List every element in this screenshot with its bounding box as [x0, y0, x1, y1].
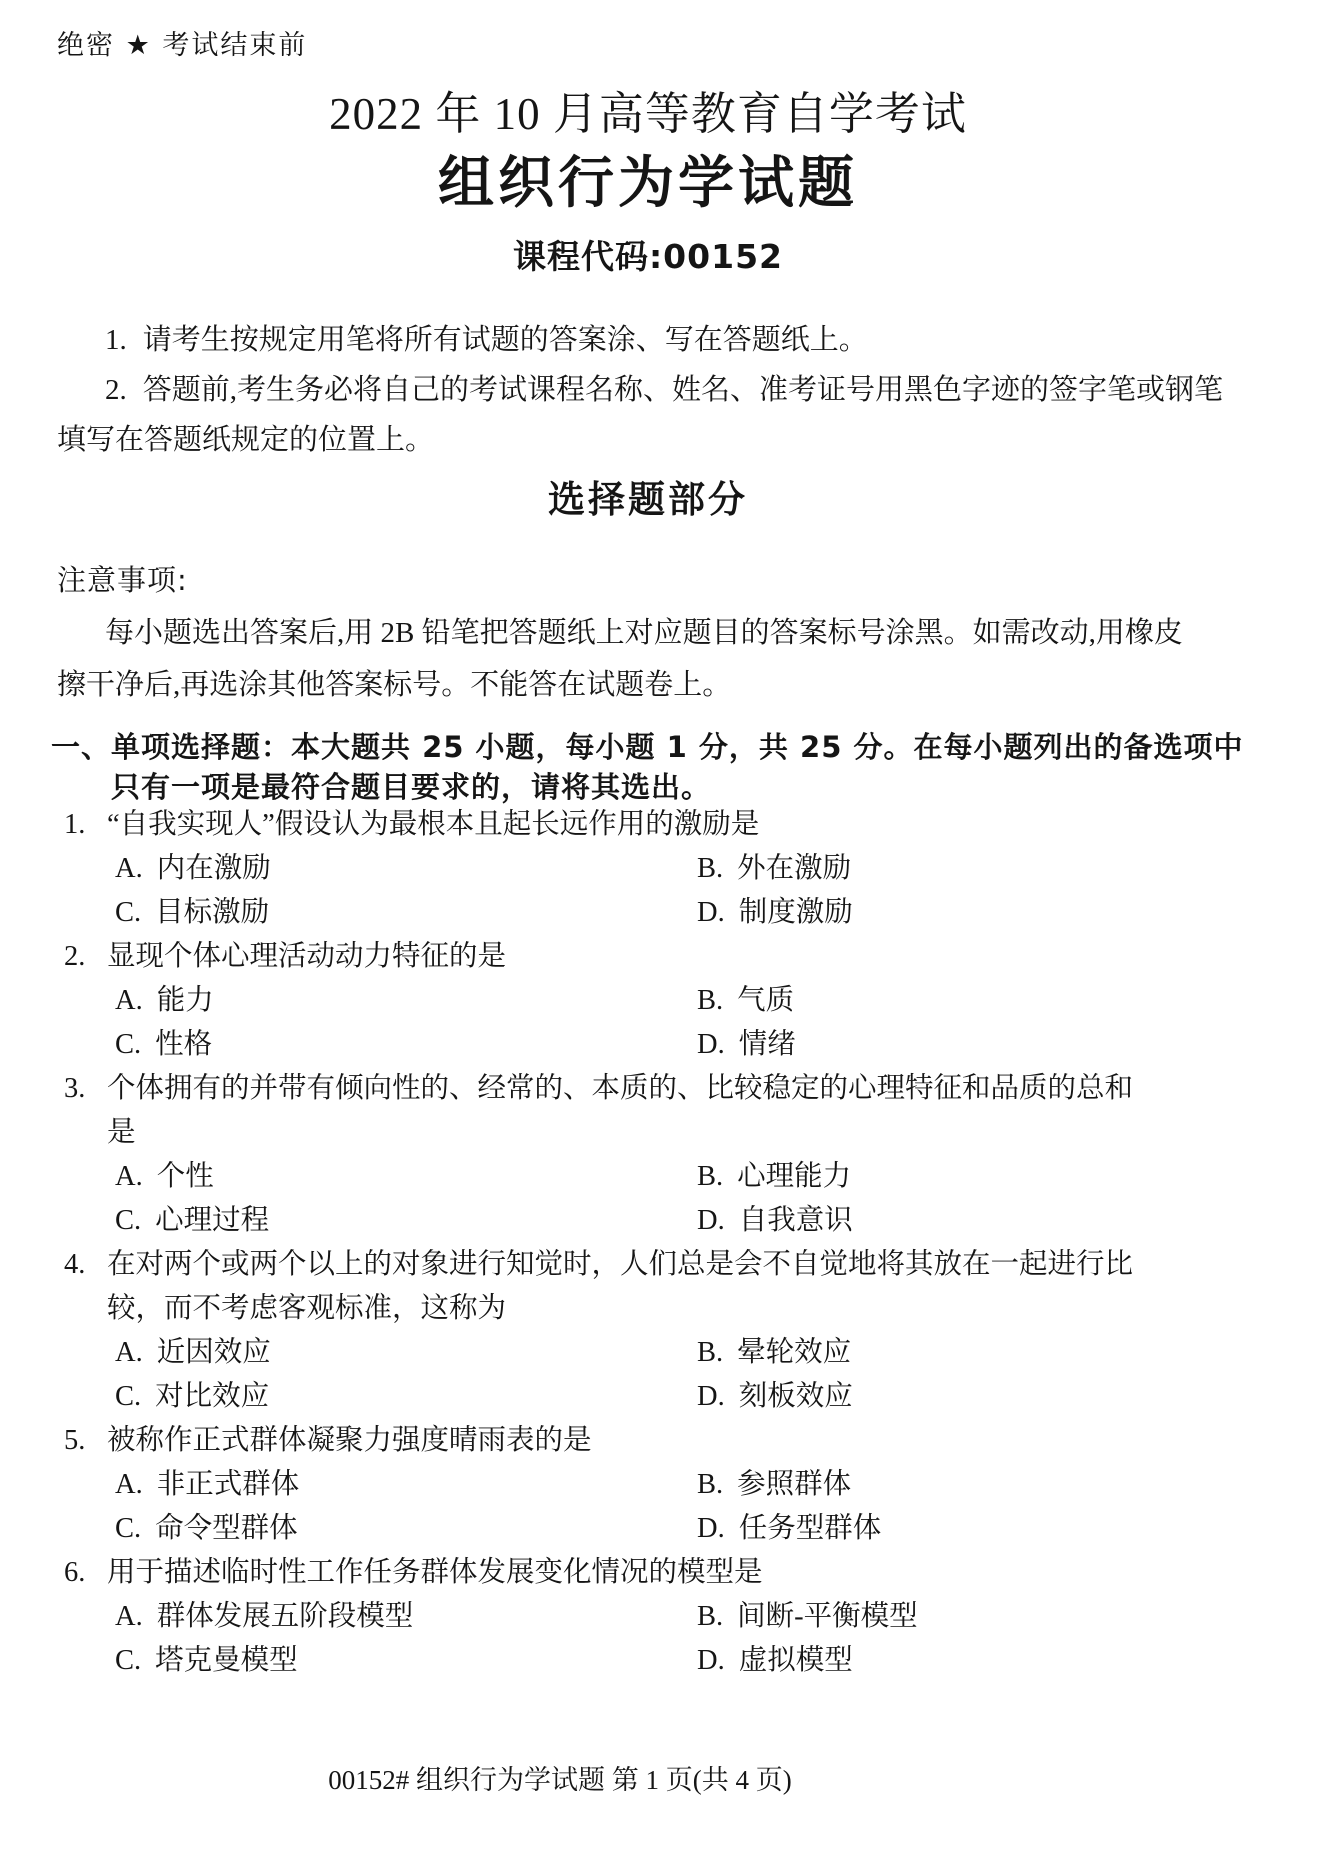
option-label: C. [115, 1205, 141, 1236]
notice-line: 每小题选出答案后,用 2B 铅笔把答题纸上对应题目的答案标号涂黑。如需改动,用橡… [57, 607, 1285, 659]
question-item-5: 5. 被称作正式群体凝聚力强度晴雨表的是 A.非正式群体 B.参照群体 C.命令… [57, 1419, 1285, 1551]
option-text: 参照群体 [737, 1469, 851, 1500]
question-item-3: 3. 个体拥有的并带有倾向性的、经常的、本质的、比较稳定的心理特征和品质的总和 … [57, 1067, 1285, 1243]
option-text: 晕轮效应 [737, 1337, 851, 1368]
option-label: C. [115, 1381, 141, 1412]
option-label: A. [115, 1469, 143, 1500]
option-b: B.间断-平衡模型 [697, 1595, 918, 1639]
option-label: D. [697, 1205, 725, 1236]
security-label: 绝密 ★ 考试结束前 [57, 30, 1285, 62]
option-c: C.心理过程 [115, 1199, 697, 1243]
title-block: 2022 年 10 月高等教育自学考试 组织行为学试题 课程代码:00152 [57, 86, 1239, 280]
question-text: 被称作正式群体凝聚力强度晴雨表的是 [107, 1419, 1285, 1463]
question-stem: 2. 显现个体心理活动动力特征的是 [57, 935, 1285, 979]
option-d: D.制度激励 [697, 891, 853, 935]
option-text: 心理能力 [737, 1161, 851, 1192]
question-text-continuation: 是 [57, 1111, 1285, 1155]
instruction-text-continuation: 填写在答题纸规定的位置上。 [57, 415, 1285, 465]
question-text: 显现个体心理活动动力特征的是 [107, 935, 1285, 979]
question-text: “自我实现人”假设认为最根本且起长远作用的激励是 [107, 803, 1285, 847]
option-a: A.近因效应 [115, 1331, 697, 1375]
option-row: A.内在激励 B.外在激励 [57, 847, 1285, 891]
question-list: 1. “自我实现人”假设认为最根本且起长远作用的激励是 A.内在激励 B.外在激… [57, 803, 1285, 1683]
option-label: D. [697, 1513, 725, 1544]
question-text: 个体拥有的并带有倾向性的、经常的、本质的、比较稳定的心理特征和品质的总和 [107, 1067, 1285, 1111]
question-number: 1. [64, 803, 107, 847]
option-label: A. [115, 853, 143, 884]
option-text: 内在激励 [157, 853, 271, 884]
option-label: B. [697, 1601, 723, 1632]
option-text: 情绪 [739, 1029, 796, 1060]
question-item-1: 1. “自我实现人”假设认为最根本且起长远作用的激励是 A.内在激励 B.外在激… [57, 803, 1285, 935]
course-code: 课程代码:00152 [57, 234, 1239, 280]
option-text: 自我意识 [739, 1205, 853, 1236]
notice-label: 注意事项: [57, 558, 1285, 602]
option-text: 对比效应 [155, 1381, 269, 1412]
option-b: B.气质 [697, 979, 794, 1023]
part1-heading-line: 一、单项选择题：本大题共 25 小题，每小题 1 分，共 25 分。在每小题列出… [51, 727, 1285, 767]
question-number: 5. [64, 1419, 107, 1463]
part1-heading-line: 只有一项是最符合题目要求的，请将其选出。 [57, 767, 1285, 807]
option-label: A. [115, 1601, 143, 1632]
option-text: 任务型群体 [739, 1513, 882, 1544]
option-c: C.塔克曼模型 [115, 1639, 697, 1683]
option-b: B.心理能力 [697, 1155, 851, 1199]
question-item-2: 2. 显现个体心理活动动力特征的是 A.能力 B.气质 C.性格 D.情绪 [57, 935, 1285, 1067]
option-b: B.参照群体 [697, 1463, 851, 1507]
option-text: 外在激励 [737, 853, 851, 884]
option-label: C. [115, 897, 141, 928]
option-row: C.塔克曼模型 D.虚拟模型 [57, 1639, 1285, 1683]
instruction-text: 请考生按规定用笔将所有试题的答案涂、写在答题纸上。 [143, 315, 868, 365]
option-b: B.外在激励 [697, 847, 851, 891]
option-row: C.性格 D.情绪 [57, 1023, 1285, 1067]
notice-line: 擦干净后,再选涂其他答案标号。不能答在试题卷上。 [57, 659, 1285, 711]
option-row: C.心理过程 D.自我意识 [57, 1199, 1285, 1243]
option-row: A.非正式群体 B.参照群体 [57, 1463, 1285, 1507]
notice-text: 每小题选出答案后,用 2B 铅笔把答题纸上对应题目的答案标号涂黑。如需改动,用橡… [57, 607, 1285, 711]
option-row: A.个性 B.心理能力 [57, 1155, 1285, 1199]
page-footer: 00152# 组织行为学试题 第 1 页(共 4 页) [0, 1762, 1120, 1798]
option-text: 近因效应 [157, 1337, 271, 1368]
option-text: 非正式群体 [157, 1469, 300, 1500]
option-b: B.晕轮效应 [697, 1331, 851, 1375]
question-stem: 1. “自我实现人”假设认为最根本且起长远作用的激励是 [57, 803, 1285, 847]
option-label: C. [115, 1645, 141, 1676]
option-label: B. [697, 1161, 723, 1192]
option-text: 目标激励 [155, 897, 269, 928]
option-text: 虚拟模型 [739, 1645, 853, 1676]
exam-paper-page: 绝密 ★ 考试结束前 2022 年 10 月高等教育自学考试 组织行为学试题 课… [0, 0, 1342, 1871]
option-label: A. [115, 985, 143, 1016]
question-item-6: 6. 用于描述临时性工作任务群体发展变化情况的模型是 A.群体发展五阶段模型 B… [57, 1551, 1285, 1683]
option-c: C.目标激励 [115, 891, 697, 935]
option-label: D. [697, 1029, 725, 1060]
question-number: 3. [64, 1067, 107, 1111]
option-label: A. [115, 1161, 143, 1192]
option-label: B. [697, 853, 723, 884]
option-d: D.自我意识 [697, 1199, 853, 1243]
option-label: B. [697, 985, 723, 1016]
option-text: 群体发展五阶段模型 [157, 1601, 414, 1632]
option-a: A.内在激励 [115, 847, 697, 891]
paper-title: 组织行为学试题 [57, 148, 1239, 220]
question-number: 4. [64, 1243, 107, 1287]
option-text: 制度激励 [739, 897, 853, 928]
option-row: A.近因效应 B.晕轮效应 [57, 1331, 1285, 1375]
option-label: C. [115, 1513, 141, 1544]
option-label: C. [115, 1029, 141, 1060]
part1-heading: 一、单项选择题：本大题共 25 小题，每小题 1 分，共 25 分。在每小题列出… [57, 727, 1285, 807]
option-a: A.群体发展五阶段模型 [115, 1595, 697, 1639]
question-stem: 5. 被称作正式群体凝聚力强度晴雨表的是 [57, 1419, 1285, 1463]
option-row: C.对比效应 D.刻板效应 [57, 1375, 1285, 1419]
option-text: 刻板效应 [739, 1381, 853, 1412]
option-row: A.群体发展五阶段模型 B.间断-平衡模型 [57, 1595, 1285, 1639]
option-d: D.虚拟模型 [697, 1639, 853, 1683]
option-text: 性格 [155, 1029, 212, 1060]
option-text: 间断-平衡模型 [737, 1601, 918, 1632]
instructions: 1. 请考生按规定用笔将所有试题的答案涂、写在答题纸上。 2. 答题前,考生务必… [57, 315, 1285, 465]
option-d: D.任务型群体 [697, 1507, 881, 1551]
option-a: A.非正式群体 [115, 1463, 697, 1507]
instruction-item-1: 1. 请考生按规定用笔将所有试题的答案涂、写在答题纸上。 [57, 315, 1285, 365]
option-label: D. [697, 897, 725, 928]
option-text: 气质 [737, 985, 794, 1016]
option-text: 心理过程 [155, 1205, 269, 1236]
option-label: B. [697, 1337, 723, 1368]
option-c: C.命令型群体 [115, 1507, 697, 1551]
option-c: C.对比效应 [115, 1375, 697, 1419]
option-d: D.情绪 [697, 1023, 796, 1067]
option-a: A.能力 [115, 979, 697, 1023]
option-text: 个性 [157, 1161, 214, 1192]
question-stem: 6. 用于描述临时性工作任务群体发展变化情况的模型是 [57, 1551, 1285, 1595]
instruction-number: 2. [105, 365, 127, 415]
option-label: D. [697, 1645, 725, 1676]
option-c: C.性格 [115, 1023, 697, 1067]
option-text: 塔克曼模型 [155, 1645, 298, 1676]
choice-section-title: 选择题部分 [57, 478, 1239, 522]
option-row: A.能力 B.气质 [57, 979, 1285, 1023]
question-text-continuation: 较，而不考虑客观标准，这称为 [57, 1287, 1285, 1331]
question-item-4: 4. 在对两个或两个以上的对象进行知觉时，人们总是会不自觉地将其放在一起进行比 … [57, 1243, 1285, 1419]
question-stem: 4. 在对两个或两个以上的对象进行知觉时，人们总是会不自觉地将其放在一起进行比 [57, 1243, 1285, 1287]
question-text: 在对两个或两个以上的对象进行知觉时，人们总是会不自觉地将其放在一起进行比 [107, 1243, 1285, 1287]
instruction-item-2: 2. 答题前,考生务必将自己的考试课程名称、姓名、准考证号用黑色字迹的签字笔或钢… [57, 365, 1285, 415]
option-row: C.目标激励 D.制度激励 [57, 891, 1285, 935]
instruction-text: 答题前,考生务必将自己的考试课程名称、姓名、准考证号用黑色字迹的签字笔或钢笔 [143, 365, 1223, 415]
question-text: 用于描述临时性工作任务群体发展变化情况的模型是 [107, 1551, 1285, 1595]
question-number: 2. [64, 935, 107, 979]
option-a: A.个性 [115, 1155, 697, 1199]
option-row: C.命令型群体 D.任务型群体 [57, 1507, 1285, 1551]
option-text: 命令型群体 [155, 1513, 298, 1544]
option-label: A. [115, 1337, 143, 1368]
option-text: 能力 [157, 985, 214, 1016]
option-label: B. [697, 1469, 723, 1500]
option-d: D.刻板效应 [697, 1375, 853, 1419]
question-stem: 3. 个体拥有的并带有倾向性的、经常的、本质的、比较稳定的心理特征和品质的总和 [57, 1067, 1285, 1111]
exam-session-title: 2022 年 10 月高等教育自学考试 [57, 86, 1239, 142]
instruction-number: 1. [105, 315, 127, 365]
option-label: D. [697, 1381, 725, 1412]
question-number: 6. [64, 1551, 107, 1595]
